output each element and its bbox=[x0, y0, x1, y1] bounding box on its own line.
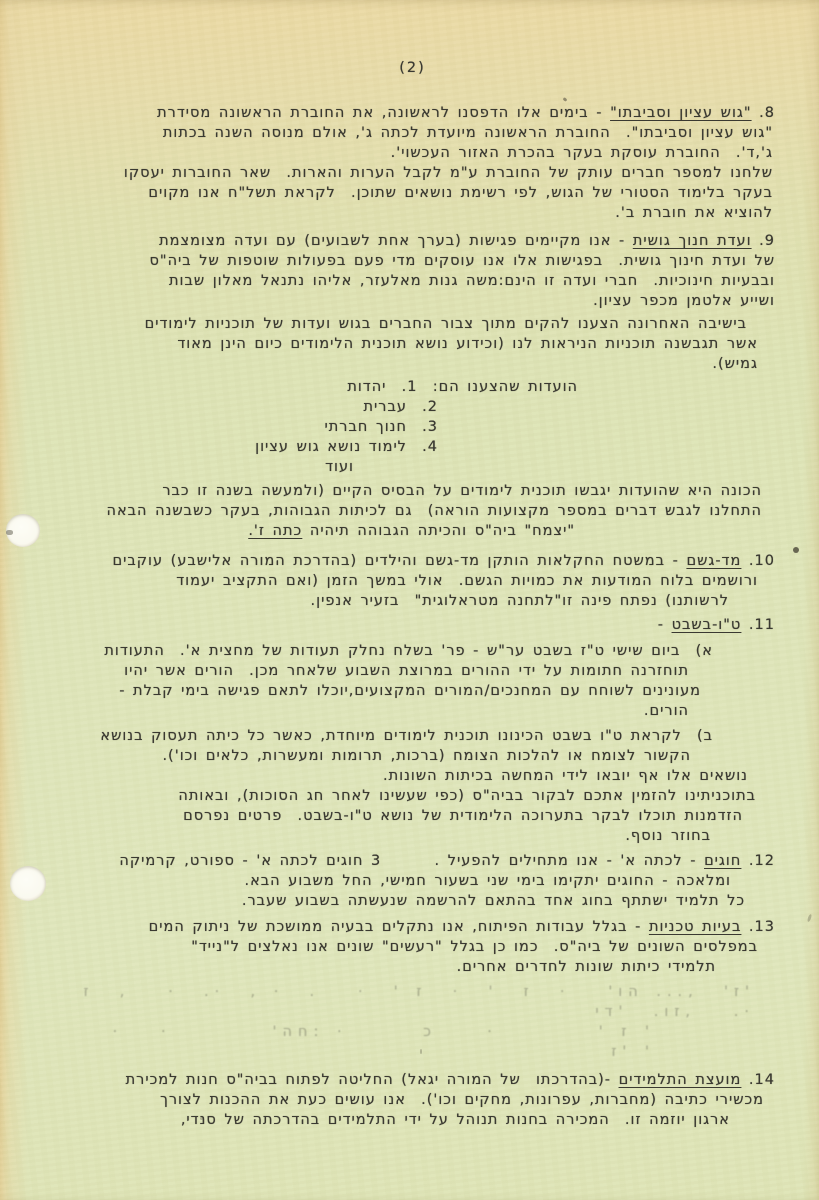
item-title: ועדת חנוך גושית bbox=[633, 233, 752, 249]
item-number: 8. bbox=[752, 105, 775, 121]
text-line: התחלנו לגבש דברים במספר מקצועות הוראה) ג… bbox=[50, 501, 762, 521]
item-9-committee-list: הועדות שהצענו הם: 1. יהדות2. עברית3. חנו… bbox=[50, 377, 775, 477]
item-title: מועצת התלמידים bbox=[619, 1072, 742, 1088]
text-line: אשר תגבשנה תוכניות הניראות לנו (וכידוע נ… bbox=[50, 334, 758, 354]
text-line: 12. חוגים - לכתה א' - אנו מתחילים להפעיל… bbox=[50, 851, 775, 871]
item-title: בעיות טכניות bbox=[649, 919, 741, 935]
item-14: 14. מועצת התלמידים -(בהדרכתו של המורה יג… bbox=[50, 1070, 775, 1130]
text-line: ארגון יוזמה זו. המכירה בחנות תנוהל על יד… bbox=[50, 1110, 730, 1130]
text-line: ועוד bbox=[50, 457, 354, 477]
item-title: "גוש עציון וסביבתו" bbox=[610, 105, 751, 121]
item-number: 9. bbox=[752, 233, 775, 249]
text-line: הקשור לצומח או להלכות הצומח (ברכות, תרומ… bbox=[50, 746, 691, 766]
text-line: ובבעיות חינוכיות. חברי ועדה זו הינם:משה … bbox=[50, 271, 775, 291]
item-13: 13. בעיות טכניות - בגלל עבודות הפיתוח, א… bbox=[50, 917, 775, 977]
text-line: גמיש). bbox=[50, 354, 758, 374]
item-11-sub-b: ב) לקראת ט"ו בשבט הכינונו תוכנית לימודים… bbox=[50, 726, 775, 846]
document-page: (2) 8. "גוש עציון וסביבתו" - בימים אלו ה… bbox=[0, 0, 819, 1200]
text-line: הועדות שהצענו הם: 1. יהדות bbox=[50, 377, 578, 397]
text-line: לרשותנו) נפתח פינה זו"לתחנה מטראלוגית" ב… bbox=[50, 591, 729, 611]
item-9-paragraph: בישיבה האחרונה הצענו להקים מתוך צבור החב… bbox=[50, 314, 775, 374]
text-line: 11. ט"ו-בשבט - bbox=[50, 615, 775, 635]
page-number: (2) bbox=[50, 58, 775, 78]
text-line: תלמידי כיתות שונות לחדרים אחרים. bbox=[50, 957, 716, 977]
item-number: 11. bbox=[741, 617, 775, 633]
document-body: 8. "גוש עציון וסביבתו" - בימים אלו הדפסנ… bbox=[50, 103, 775, 1130]
text-line: בחוזר נוסף. bbox=[50, 826, 711, 846]
text-line: א) ביום שישי ט"ז בשבט ער"ש - פר' בשלח נח… bbox=[50, 641, 713, 661]
text-line: ג',ד'. החוברת עוסקת בעקר בהכרת האזור העכ… bbox=[50, 143, 773, 163]
item-title: מד-גשם bbox=[686, 553, 741, 569]
item-10: 10. מד-גשם - במשטח החקלאות הותקן מד-גשם … bbox=[50, 551, 775, 611]
text-line: תוחזרנה חתומות על ידי ההורים במרוצת השבו… bbox=[50, 661, 689, 681]
text-line: בישיבה האחרונה הצענו להקים מתוך צבור החב… bbox=[50, 314, 747, 334]
document-content: (2) 8. "גוש עציון וסביבתו" - בימים אלו ה… bbox=[0, 0, 819, 1130]
text-line: כל תלמיד ישתתף בחוג אחד בהתאם להרשמה שנע… bbox=[50, 891, 745, 911]
text-line: הורים. bbox=[50, 701, 689, 721]
text-line: בתוכניתינו להזמין אתכם לבקור בביה"ס (כפי… bbox=[50, 786, 756, 806]
item-number: 13. bbox=[741, 919, 775, 935]
text-line: מעונינים לשוחח עם המחנכים/המורים המקצועי… bbox=[50, 681, 701, 701]
text-line: במפלסים השונים של ביה"ס. כמו כן בגלל "רע… bbox=[50, 937, 758, 957]
text-line: 14. מועצת התלמידים -(בהדרכתו של המורה יג… bbox=[50, 1070, 775, 1090]
text-line: ומלאכה - החוגים יתקימו בימי שני בשעור חמ… bbox=[50, 871, 731, 891]
text-line: הכונה היא שהועדות יגבשו תוכנית לימודים ע… bbox=[50, 481, 762, 501]
item-11-sub-a: א) ביום שישי ט"ז בשבט ער"ש - פר' בשלח נח… bbox=[50, 641, 775, 721]
text-line: 9. ועדת חנוך גושית - אנו מקיימים פגישות … bbox=[50, 231, 775, 251]
text-line: ' ז ' · כ · :חה' · · ' 'ז bbox=[50, 1022, 655, 1062]
text-line: 'ז' ,... הו' · ז ' · ז ' · . · , ·. · , … bbox=[50, 982, 755, 1022]
text-line: בעקר בלימוד הסטורי של הגוש, לפי רשימת נו… bbox=[50, 183, 773, 203]
erased-text: 'ז' ,... הו' · ז ' · ז ' · . · , ·. · , … bbox=[50, 982, 775, 1062]
text-line: 10. מד-גשם - במשטח החקלאות הותקן מד-גשם … bbox=[50, 551, 775, 571]
text-line: 4. לימוד נושא גוש עציון bbox=[50, 437, 438, 457]
sub-item-marker: ב) bbox=[697, 728, 713, 744]
item-title: ט"ו-בשבט bbox=[672, 617, 742, 633]
text-line: הזדמנות תוכלו לבקר בתערוכה הלימודית של נ… bbox=[50, 806, 743, 826]
item-8: 8. "גוש עציון וסביבתו" - בימים אלו הדפסנ… bbox=[50, 103, 775, 223]
text-line: להוציא את חוברת ב'. bbox=[50, 203, 773, 223]
text-line: מכשירי כתיבה (מחברות, עפרונות, מחקים וכו… bbox=[50, 1090, 764, 1110]
text-line: נושאים אלו אף יובאו לידי המחשה בכיתות הש… bbox=[50, 766, 748, 786]
text-line: 3. חנוך חברתי bbox=[50, 417, 438, 437]
text-line: ושייע אלטמן מכפר עציון. bbox=[50, 291, 775, 311]
item-9: 9. ועדת חנוך גושית - אנו מקיימים פגישות … bbox=[50, 231, 775, 311]
text-line: "גוש עציון וסביבתו". החוברת הראשונה מיוע… bbox=[50, 123, 773, 143]
item-12: 12. חוגים - לכתה א' - אנו מתחילים להפעיל… bbox=[50, 851, 775, 911]
text-line: שלחנו למספר חברים עותק של החוברת ע"מ לקב… bbox=[50, 163, 773, 183]
text-line: 8. "גוש עציון וסביבתו" - בימים אלו הדפסנ… bbox=[50, 103, 775, 123]
sub-item-marker: א) bbox=[696, 643, 713, 659]
text-line: ורושמים בלוח המודעות את כמויות הגשם. אול… bbox=[50, 571, 758, 591]
text-line: של ועדת חינוך גושית. בפגישות אלו אנו עוס… bbox=[50, 251, 775, 271]
text-line: ב) לקראת ט"ו בשבט הכינונו תוכנית לימודים… bbox=[50, 726, 713, 746]
item-number: 12. bbox=[741, 853, 775, 869]
underlined-text: כתה ז'. bbox=[248, 523, 302, 539]
text-line: "יצמח" ביה"ס והכיתה הגבוהה תיהיה כתה ז'. bbox=[50, 521, 575, 541]
text-line: 13. בעיות טכניות - בגלל עבודות הפיתוח, א… bbox=[50, 917, 775, 937]
item-title: חוגים bbox=[704, 853, 741, 869]
text-line: 2. עברית bbox=[50, 397, 438, 417]
item-9-intent-paragraph: הכונה היא שהועדות יגבשו תוכנית לימודים ע… bbox=[50, 481, 775, 541]
item-number: 14. bbox=[741, 1072, 775, 1088]
item-number: 10. bbox=[741, 553, 775, 569]
item-11: 11. ט"ו-בשבט - bbox=[50, 615, 775, 635]
